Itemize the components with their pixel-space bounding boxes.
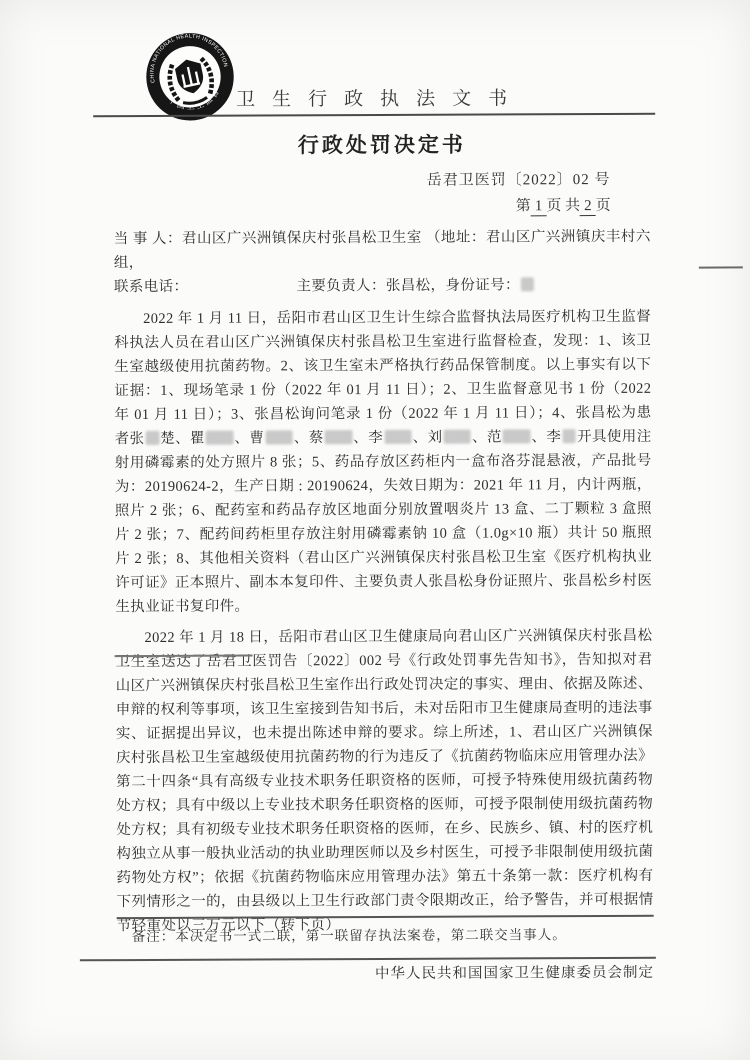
- name-redaction: [206, 431, 234, 445]
- current-page-number: 1: [531, 199, 547, 216]
- footer-note: 备注：本决定书一式二联，第一联留存执法案卷，第二联交当事人。: [132, 923, 652, 945]
- name-redaction: [443, 430, 471, 444]
- scanned-document-page: CHINA NATIONAL HEALTH INSPECTION 中国卫生监督 …: [0, 0, 750, 1060]
- phone-label: 联系电话：: [114, 279, 189, 295]
- footer-maker: 中华人民共和国国家卫生健康委员会制定: [117, 961, 654, 984]
- page-mid: 页 共: [546, 198, 580, 214]
- page-suffix: 页: [596, 198, 611, 214]
- body-text: 2022 年 1 月 11 日，岳阳市君山区卫生计生综合监督执法局医疗机构卫生监…: [114, 305, 654, 938]
- name-redaction: [265, 430, 293, 444]
- party-info: 当 事 人：君山区广兴洲镇保庆村张昌松卫生室 （地址：君山区广兴洲镇庆丰村六组，…: [114, 225, 651, 299]
- doc-number: 岳君卫医罚〔2022〕02 号: [113, 168, 610, 191]
- id-number-redaction: [521, 277, 534, 291]
- name-redaction: [145, 431, 159, 445]
- doc-category-heading: 卫生行政执法文书: [236, 83, 524, 111]
- party-line1: 当 事 人：君山区广兴洲镇保庆村张昌松卫生室 （地址：君山区广兴洲镇庆丰村六组，: [114, 229, 651, 271]
- body-paragraph: 2022 年 1 月 11 日，岳阳市君山区卫生计生综合监督执法局医疗机构卫生监…: [114, 305, 652, 619]
- body-paragraph: 2022 年 1 月 18 日，岳阳市君山区卫生健康局向君山区广兴洲镇保庆村张昌…: [115, 624, 653, 938]
- name-redaction: [325, 430, 353, 444]
- name-redaction: [503, 429, 531, 443]
- page-title: 行政处罚决定书: [113, 128, 650, 160]
- name-redaction: [384, 430, 412, 444]
- page-prefix: 第: [516, 198, 531, 214]
- scan-content: CHINA NATIONAL HEALTH INSPECTION 中国卫生监督 …: [0, 0, 750, 1060]
- party-line2: 联系电话：主要负责人：张昌松，身份证号：: [114, 277, 535, 295]
- scan-artifact-line: [699, 266, 743, 268]
- page-indicator: 第1页 共2页: [114, 194, 611, 218]
- document-body: 当 事 人：君山区广兴洲镇保庆村张昌松卫生室 （地址：君山区广兴洲镇庆丰村六组，…: [114, 225, 654, 938]
- total-page-number: 2: [580, 199, 596, 216]
- party-line2-rest: 主要负责人：张昌松，身份证号：: [296, 277, 520, 294]
- name-redaction: [562, 429, 576, 443]
